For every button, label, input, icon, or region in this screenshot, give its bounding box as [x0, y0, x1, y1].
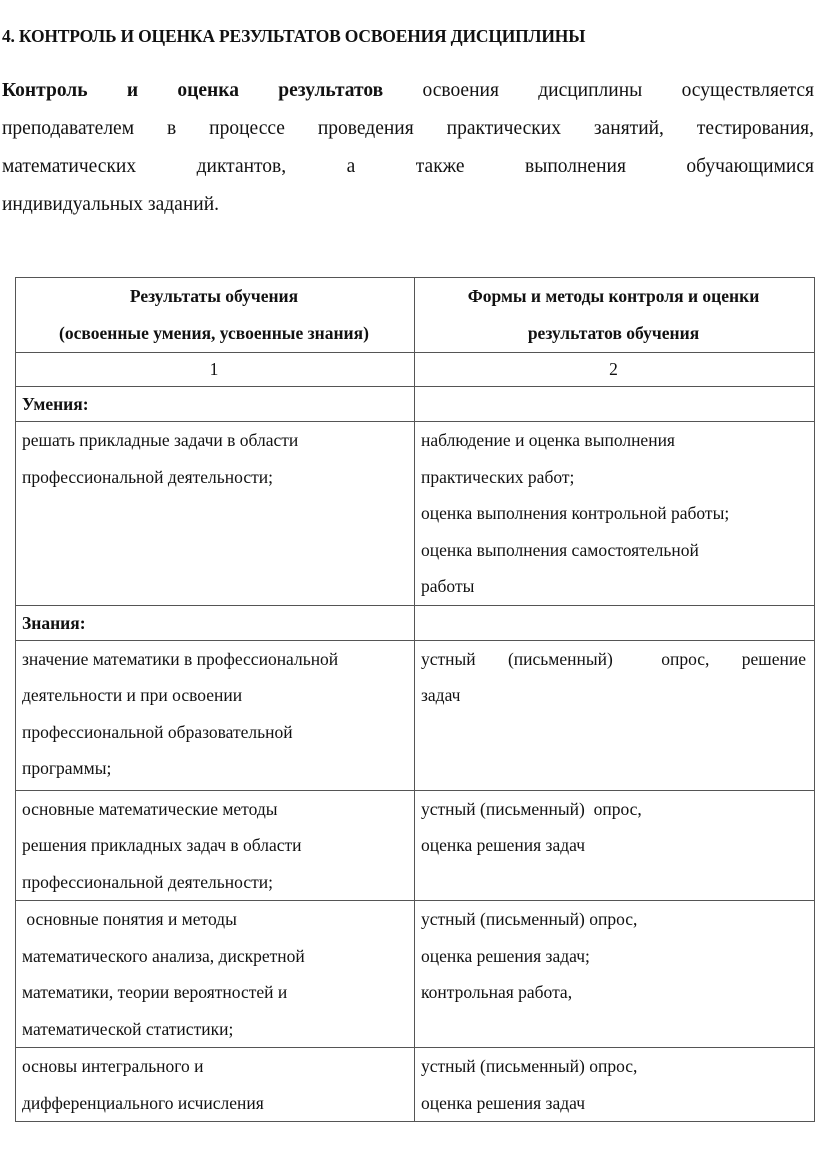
results-table: Результаты обучения (освоенные умения, у… — [15, 277, 815, 1122]
intro-lead: Контроль и оценка результатов — [2, 80, 383, 101]
section-label-skills: Умения: — [16, 387, 415, 422]
intro-paragraph: Контроль и оценка результатов освоения д… — [2, 72, 814, 224]
table-row: значение математики в профессиональной д… — [16, 640, 815, 790]
empty-cell — [415, 387, 815, 422]
methods-cell: устный (письменный) опрос, решение задач — [415, 640, 815, 790]
column-number-2: 2 — [415, 353, 815, 387]
intro-line-3: математических диктантов, а также выполн… — [2, 148, 814, 186]
header-results: Результаты обучения (освоенные умения, у… — [16, 278, 415, 353]
result-cell: решать прикладные задачи в области профе… — [16, 422, 415, 606]
methods-cell: устный (письменный) опрос, оценка решени… — [415, 1048, 815, 1122]
table-row: основные математические методы решения п… — [16, 790, 815, 901]
methods-cell: устный (письменный) опрос, оценка решени… — [415, 790, 815, 901]
table-row: основы интегрального и дифференциального… — [16, 1048, 815, 1122]
column-number-1: 1 — [16, 353, 415, 387]
intro-line-1: Контроль и оценка результатов освоения д… — [2, 72, 814, 110]
methods-cell: наблюдение и оценка выполнения практичес… — [415, 422, 815, 606]
result-cell: значение математики в профессиональной д… — [16, 640, 415, 790]
intro-line-4: индивидуальных заданий. — [2, 186, 814, 224]
header-methods: Формы и методы контроля и оценки результ… — [415, 278, 815, 353]
section-row-knowledge: Знания: — [16, 605, 815, 640]
table-row: основные понятия и методы математическог… — [16, 901, 815, 1048]
intro-line-2: преподавателем в процессе проведения пра… — [2, 110, 814, 148]
result-cell: основные математические методы решения п… — [16, 790, 415, 901]
column-number-row: 1 2 — [16, 353, 815, 387]
section-row-skills: Умения: — [16, 387, 815, 422]
methods-cell: устный (письменный) опрос, оценка решени… — [415, 901, 815, 1048]
result-cell: основы интегрального и дифференциального… — [16, 1048, 415, 1122]
table-header-row: Результаты обучения (освоенные умения, у… — [16, 278, 815, 353]
section-heading: 4. КОНТРОЛЬ И ОЦЕНКА РЕЗУЛЬТАТОВ ОСВОЕНИ… — [2, 26, 585, 47]
empty-cell — [415, 605, 815, 640]
table-row: решать прикладные задачи в области профе… — [16, 422, 815, 606]
result-cell: основные понятия и методы математическог… — [16, 901, 415, 1048]
section-label-knowledge: Знания: — [16, 605, 415, 640]
